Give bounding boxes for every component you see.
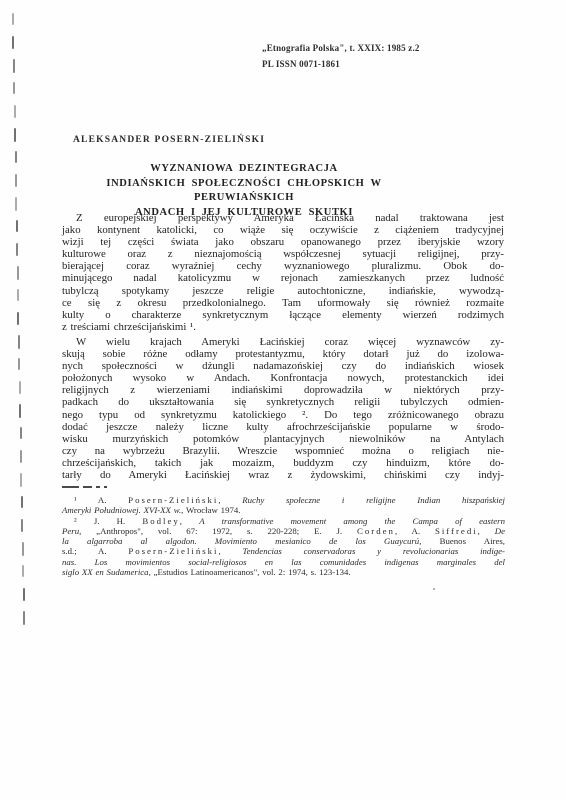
body-line: padkach do ukształtowania się synkretycz… bbox=[62, 396, 504, 408]
body-line: ce się z okresu przedkolonialnego. Tam u… bbox=[62, 297, 504, 309]
margin-tick bbox=[20, 450, 22, 463]
margin-tick bbox=[17, 289, 19, 301]
body-line: czy na wybrzeżu Brazylii. Wreszcie wspom… bbox=[62, 445, 504, 457]
margin-tick bbox=[20, 473, 22, 487]
body-line: Z europejskiej perspektywy Ameryka Łaciń… bbox=[62, 212, 504, 224]
margin-tick bbox=[18, 335, 20, 349]
work-title: Ameryki Południowej. XVI-XX w., bbox=[62, 505, 183, 515]
body-text: Z europejskiej perspektywy Ameryka Łaciń… bbox=[62, 212, 504, 481]
cited-author: Posern-Zieliński bbox=[128, 546, 218, 556]
footnote-line: Ameryki Południowej. XVI-XX w., Wrocław … bbox=[62, 505, 505, 515]
body-line: jako kontynent katolicki, co wiąże się o… bbox=[62, 224, 504, 236]
footnote-text: „Estudios Latinoamericanos", vol. 2: 197… bbox=[151, 567, 351, 577]
scan-speck-artifact bbox=[433, 588, 435, 590]
body-line: religijnych z wierzeniami indiańskimi do… bbox=[62, 384, 504, 396]
margin-tick bbox=[14, 128, 16, 142]
footnote-text: Wrocław 1974. bbox=[183, 505, 240, 515]
body-line: chrześcijańskich, takich jak mozaizm, bu… bbox=[62, 457, 504, 469]
margin-tick bbox=[19, 381, 21, 394]
body-line: skują sobie różne odłamy protestantyzmu,… bbox=[62, 348, 504, 360]
work-title: Tendencias conservadoras y revolucionari… bbox=[243, 546, 505, 556]
cited-author: Bodley bbox=[142, 516, 179, 526]
margin-tick bbox=[21, 496, 23, 508]
margin-tick bbox=[23, 588, 25, 601]
cited-author: Siffredi bbox=[435, 526, 478, 536]
cited-author: Posern-Zieliński bbox=[128, 495, 218, 505]
margin-tick bbox=[15, 174, 17, 187]
body-line: tubylczą spotykamy jeszcze religie autoc… bbox=[62, 285, 504, 297]
margin-tick bbox=[13, 59, 15, 73]
body-line: nego typu od synkretyzmu katolickiego ².… bbox=[62, 409, 504, 421]
margin-tick bbox=[12, 13, 14, 25]
work-title: De bbox=[495, 526, 505, 536]
separator-dash bbox=[83, 486, 92, 488]
footnotes: ¹ A. Posern-Zieliński, Ruchy społeczne i… bbox=[62, 495, 505, 577]
work-title: siglo XX en Sudamerica, bbox=[62, 567, 151, 577]
body-line: wizji tej części świata jako obszaru opa… bbox=[62, 236, 504, 248]
footnote-text: Buenos Aires, bbox=[421, 536, 505, 546]
footnote-text: ² J. H. bbox=[74, 516, 142, 526]
footnote-line: la algarroba al algodon. Movimiento mesi… bbox=[62, 536, 505, 546]
cited-author: Corden bbox=[357, 526, 395, 536]
title-line-2: INDIAŃSKICH SPOŁECZNOŚCI CHŁOPSKICH W PE… bbox=[60, 177, 428, 206]
margin-tick bbox=[21, 519, 23, 532]
footnote-text: , A. bbox=[395, 526, 435, 536]
body-line: wisku murzyńskich potomków plantacyjnych… bbox=[62, 433, 504, 445]
margin-tick bbox=[14, 105, 16, 118]
separator-dash bbox=[62, 486, 79, 488]
margin-tick bbox=[18, 358, 20, 370]
footnote-text: , bbox=[478, 526, 495, 536]
body-line: minującego nadal katolicyzmu w rejonach … bbox=[62, 272, 504, 284]
footnote-separator bbox=[62, 486, 182, 488]
margin-tick bbox=[15, 151, 17, 163]
separator-dash bbox=[104, 486, 107, 488]
margin-tick bbox=[17, 266, 19, 280]
margin-tick bbox=[13, 82, 15, 94]
body-line: kulturowe oraz z nieznajomością współcze… bbox=[62, 248, 504, 260]
journal-citation: „Etnografia Polska", t. XXIX: 1985 z.2 bbox=[262, 41, 420, 57]
margin-tick bbox=[22, 565, 24, 577]
footnote-line: ¹ A. Posern-Zieliński, Ruchy społeczne i… bbox=[62, 495, 505, 505]
title-line-1: WYZNANIOWA DEZINTEGRACJA bbox=[60, 162, 428, 177]
margin-tick bbox=[22, 542, 24, 556]
margin-tick bbox=[19, 404, 21, 418]
body-line: tarły do Ameryki Łacińskiej wraz z żydow… bbox=[62, 469, 504, 481]
author-name: ALEKSANDER POSERN-ZIELIŃSKI bbox=[73, 135, 265, 145]
body-line: położonych wysoko w Andach. Konfrontacja… bbox=[62, 372, 504, 384]
work-title: nas. Los movimientos social-religiosos e… bbox=[62, 557, 505, 567]
work-title: Ruchy społeczne i religijne Indian hiszp… bbox=[242, 495, 505, 505]
margin-tick bbox=[17, 312, 19, 325]
document-page: „Etnografia Polska", t. XXIX: 1985 z.2 P… bbox=[0, 0, 566, 800]
margin-tick bbox=[16, 243, 18, 256]
margin-tick bbox=[15, 197, 17, 211]
journal-header: „Etnografia Polska", t. XXIX: 1985 z.2 P… bbox=[262, 41, 420, 72]
body-line: kulty o charakterze synkretycznym łącząc… bbox=[62, 309, 504, 321]
margin-tick bbox=[23, 611, 25, 625]
separator-dash bbox=[96, 486, 100, 488]
body-line: W wielu krajach Ameryki Łacińskiej coraz… bbox=[62, 336, 504, 348]
footnote-text: „Anthropos", vol. 67: 1972, s. 220-228; … bbox=[81, 526, 357, 536]
body-line: dodać jeszcze należy liczne kulty afroch… bbox=[62, 421, 504, 433]
body-line: z treściami chrześcijańskimi ¹. bbox=[62, 321, 504, 333]
footnote-line: s.d.; A. Posern-Zieliński, Tendencias co… bbox=[62, 546, 505, 556]
footnote-text: , bbox=[219, 546, 243, 556]
body-line: bierającej coraz wyraźniej cechy wyznani… bbox=[62, 260, 504, 272]
issn-number: PL ISSN 0071-1861 bbox=[262, 57, 420, 73]
footnote-line: ² J. H. Bodley, A transformative movemen… bbox=[62, 516, 505, 526]
footnote-text: s.d.; A. bbox=[62, 546, 128, 556]
footnote-line: Peru, „Anthropos", vol. 67: 1972, s. 220… bbox=[62, 526, 505, 536]
work-title: A transformative movement among the Camp… bbox=[199, 516, 505, 526]
margin-tick bbox=[20, 427, 22, 439]
footnote-line: siglo XX en Sudamerica, „Estudios Latino… bbox=[62, 567, 505, 577]
margin-tick bbox=[12, 36, 14, 49]
footnote-text: , bbox=[218, 495, 242, 505]
footnote-line: nas. Los movimientos social-religiosos e… bbox=[62, 557, 505, 567]
work-title: Peru, bbox=[62, 526, 81, 536]
footnote-text: ¹ A. bbox=[74, 495, 128, 505]
work-title: la algarroba al algodon. Movimiento mesi… bbox=[62, 536, 421, 546]
footnote-text: , bbox=[180, 516, 199, 526]
body-line: nych społeczności w dżungli nadamazoński… bbox=[62, 360, 504, 372]
margin-tick bbox=[16, 220, 18, 232]
